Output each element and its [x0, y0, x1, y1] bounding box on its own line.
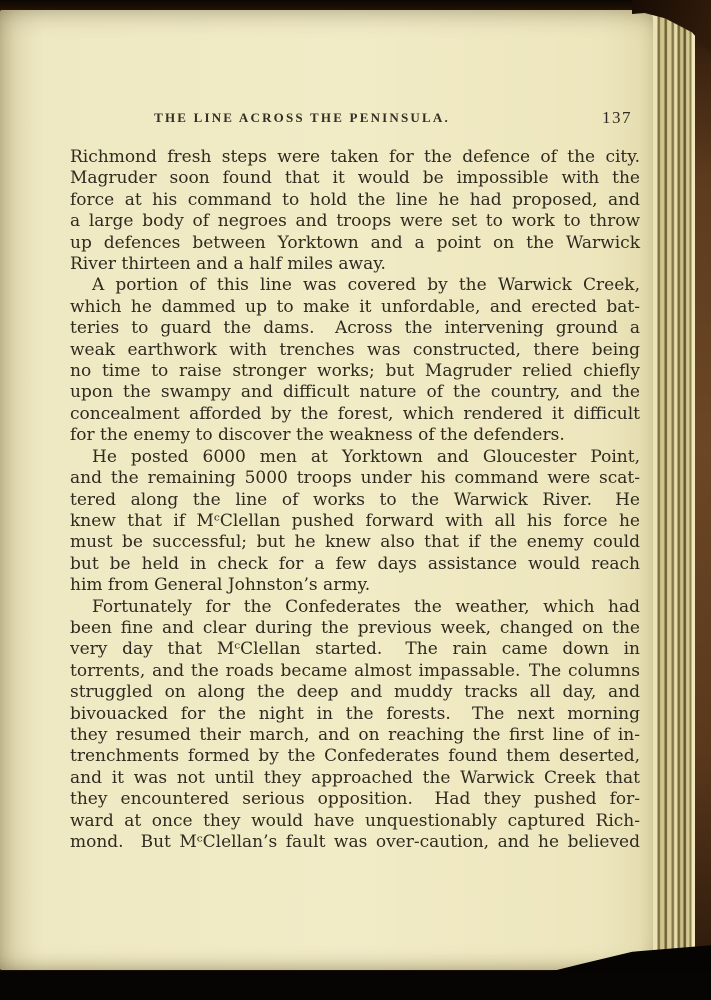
body-text: Richmond fresh steps were taken for the …: [70, 147, 640, 853]
page-number: 137: [602, 108, 632, 128]
text-line: been fine and clear during the previous …: [70, 618, 640, 639]
text-line: concealment afforded by the forest, whic…: [70, 404, 640, 425]
text-line: upon the swampy and difficult nature of …: [70, 382, 640, 403]
text-line: but be held in check for a few days assi…: [70, 554, 640, 575]
text-line: struggled on along the deep and muddy tr…: [70, 682, 640, 703]
text-line: River thirteen and a half miles away.: [70, 254, 640, 275]
page-edge-stack: [650, 8, 697, 968]
text-line: Magruder soon found that it would be imp…: [70, 168, 640, 189]
text-line: He posted 6000 men at Yorktown and Glouc…: [70, 447, 640, 468]
text-line: up defences between Yorktown and a point…: [70, 233, 640, 254]
paragraph: He posted 6000 men at Yorktown and Glouc…: [70, 447, 640, 597]
paragraph: Fortunately for the Confederates the wea…: [70, 597, 640, 854]
paragraph: Richmond fresh steps were taken for the …: [70, 147, 640, 275]
book-photo: THE LINE ACROSS THE PENINSULA. 137 Richm…: [0, 0, 711, 1000]
text-line: ward at once they would have unquestiona…: [70, 811, 640, 832]
text-line: and it was not until they approached the…: [70, 768, 640, 789]
text-line: knew that if MᶜClellan pushed forward wi…: [70, 511, 640, 532]
text-line: teries to guard the dams. Across the int…: [70, 318, 640, 339]
text-line: A portion of this line was covered by th…: [70, 275, 640, 296]
text-line: for the enemy to discover the weakness o…: [70, 425, 640, 446]
text-line: which he dammed up to make it unfordable…: [70, 297, 640, 318]
book-page: THE LINE ACROSS THE PENINSULA. 137 Richm…: [0, 10, 653, 970]
text-line: bivouacked for the night in the forests.…: [70, 704, 640, 725]
text-line: and the remaining 5000 troops under his …: [70, 468, 640, 489]
bottom-shadow-band: [0, 971, 711, 1000]
text-line: Fortunately for the Confederates the wea…: [70, 597, 640, 618]
text-line: they resumed their march, and on reachin…: [70, 725, 640, 746]
text-line: must be successful; but he knew also tha…: [70, 532, 640, 553]
text-line: they encountered serious opposition. Had…: [70, 789, 640, 810]
text-line: Richmond fresh steps were taken for the …: [70, 147, 640, 168]
text-line: trenchments formed by the Confederates f…: [70, 746, 640, 767]
text-line: weak earthwork with trenches was constru…: [70, 340, 640, 361]
text-line: no time to raise stronger works; but Mag…: [70, 361, 640, 382]
book-cover-edge: [695, 0, 711, 1000]
running-header: THE LINE ACROSS THE PENINSULA. 137: [70, 110, 640, 130]
text-line: tered along the line of works to the War…: [70, 490, 640, 511]
paragraph: A portion of this line was covered by th…: [70, 275, 640, 446]
running-header-title: THE LINE ACROSS THE PENINSULA.: [154, 110, 450, 126]
text-line: torrents, and the roads became almost im…: [70, 661, 640, 682]
text-line: very day that MᶜClellan started. The rai…: [70, 639, 640, 660]
text-line: him from General Johnston’s army.: [70, 575, 640, 596]
text-line: a large body of negroes and troops were …: [70, 211, 640, 232]
text-line: mond. But MᶜClellan’s fault was over-cau…: [70, 832, 640, 853]
text-line: force at his command to hold the line he…: [70, 190, 640, 211]
